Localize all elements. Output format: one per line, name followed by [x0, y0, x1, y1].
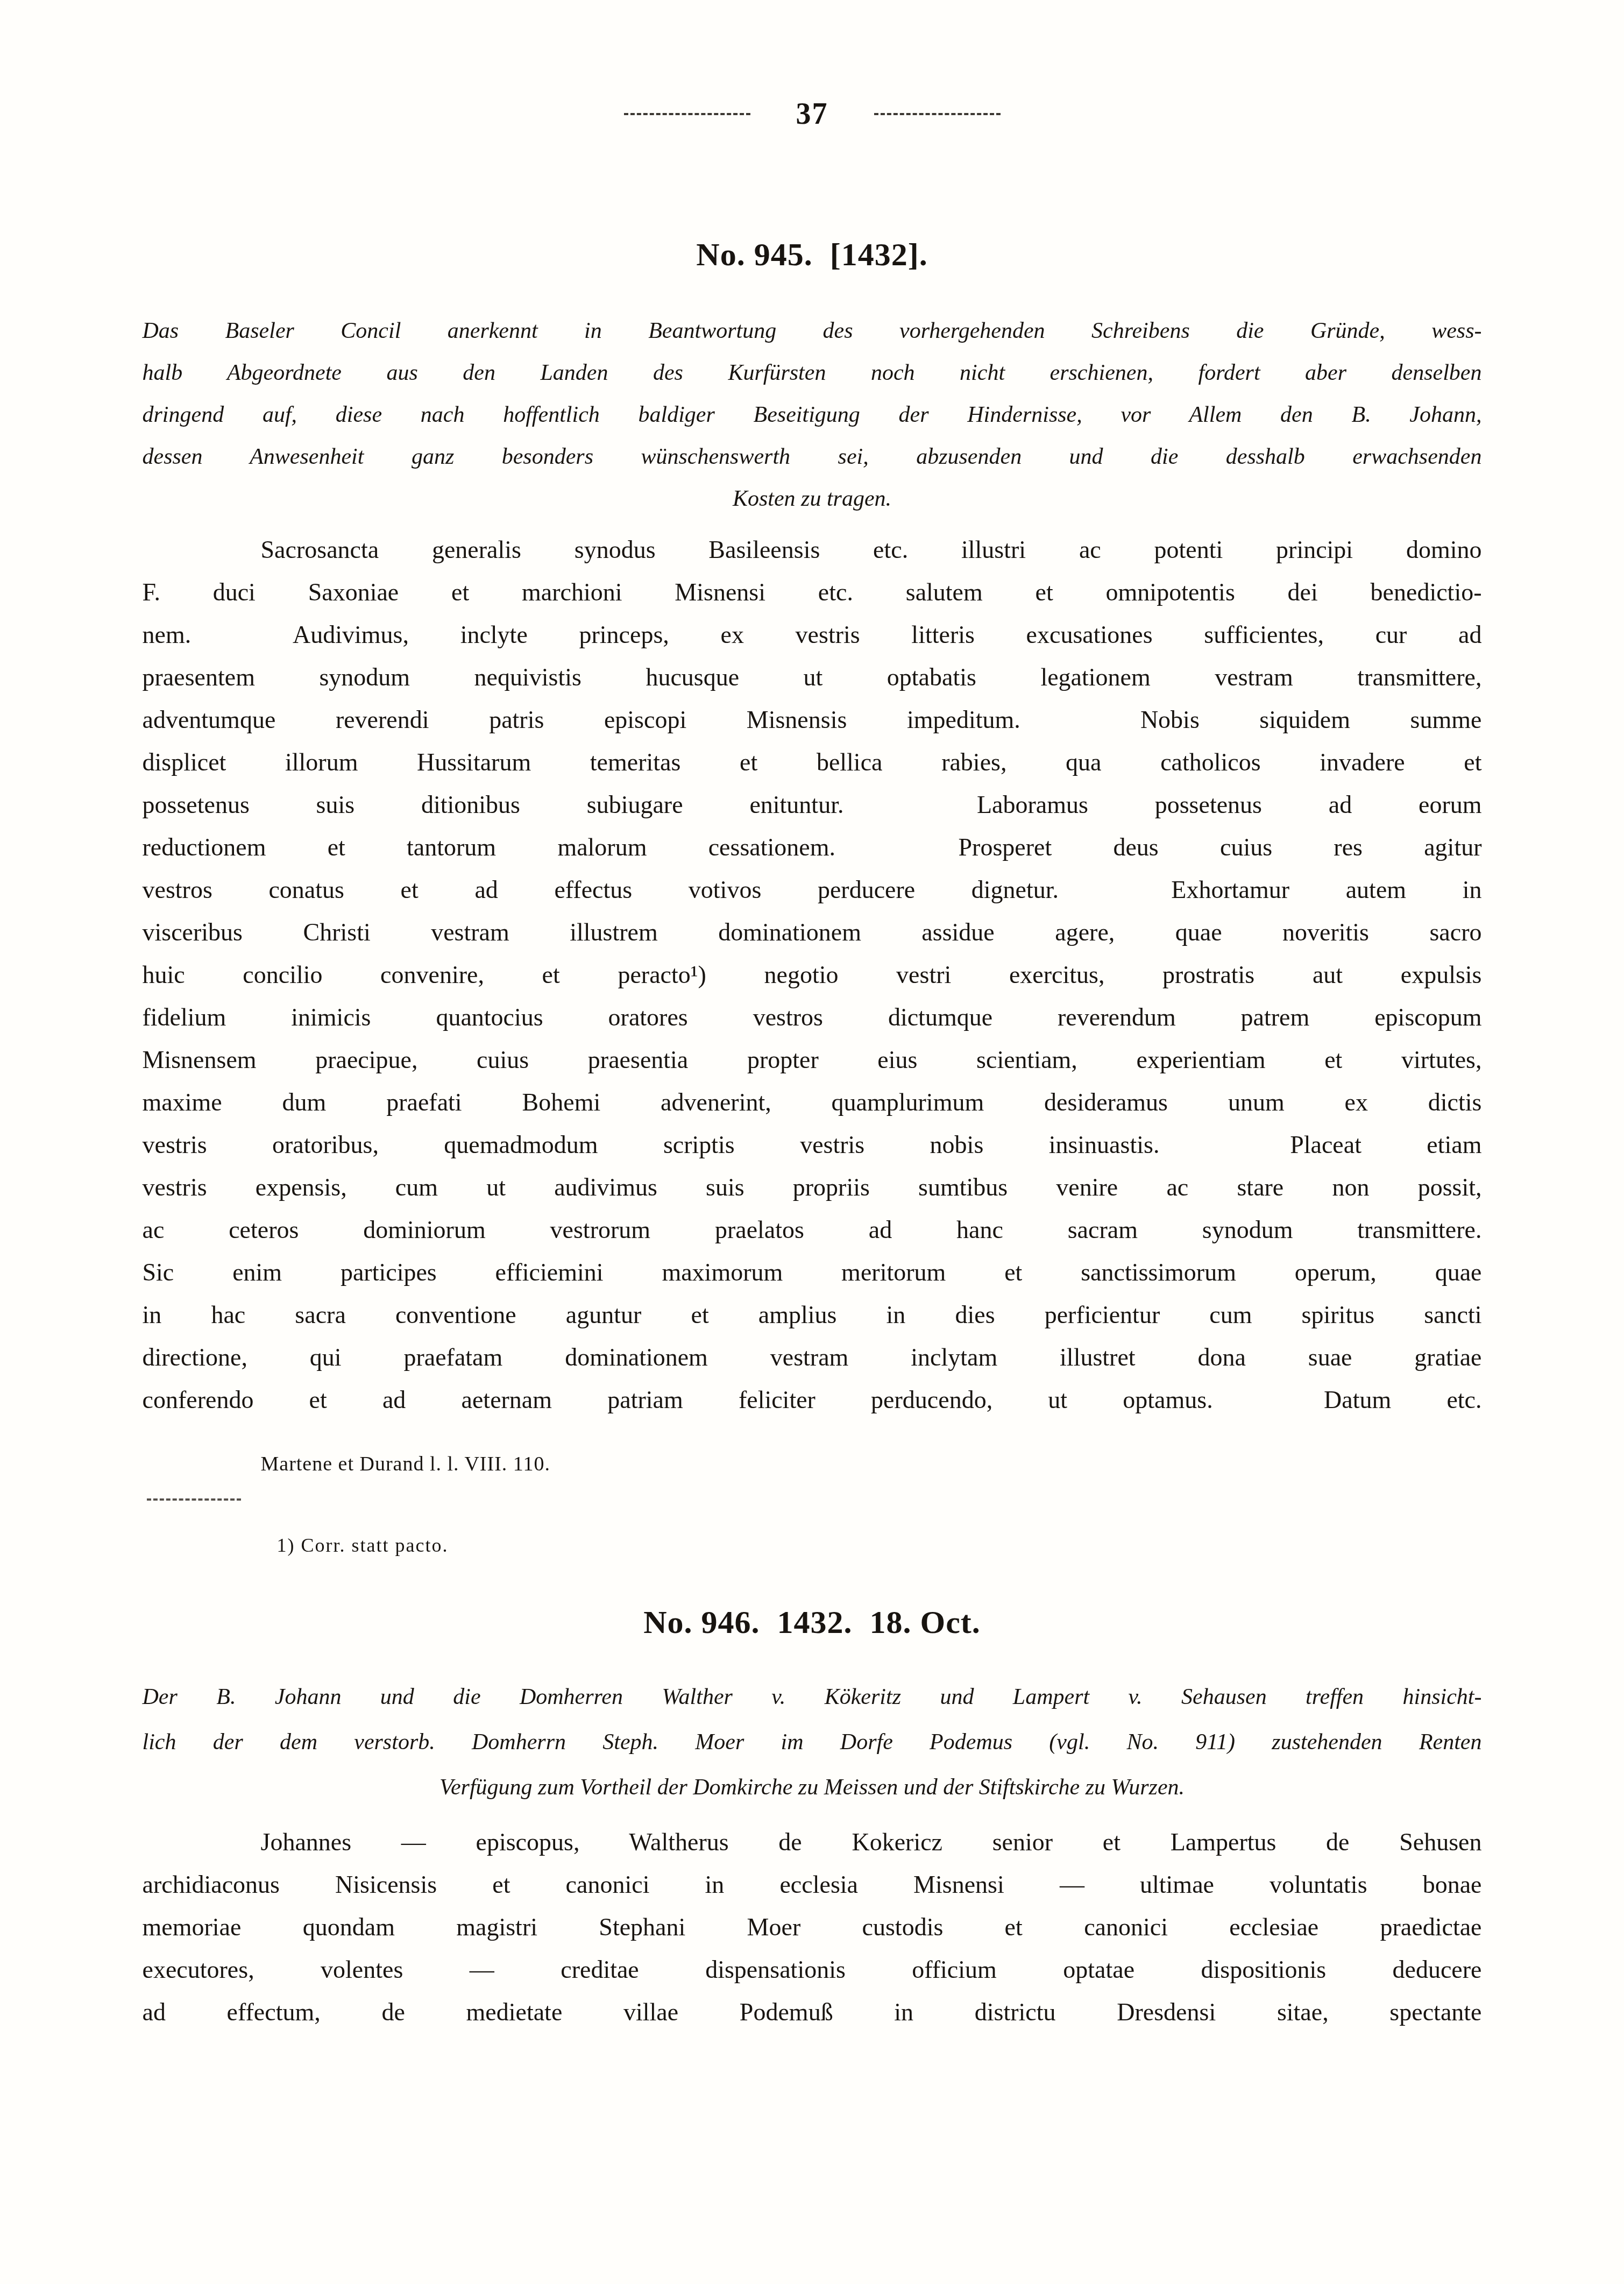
- text-line: maxime dum praefati Bohemi advenerint, q…: [143, 1081, 1482, 1123]
- document-945-citation: Martene et Durand l. l. VIII. 110.: [143, 1452, 1482, 1476]
- text-line: vestros conatus et ad effectus votivos p…: [143, 868, 1482, 911]
- text-line: ac ceteros dominiorum vestrorum praelato…: [143, 1208, 1482, 1251]
- text-line: executores, volentes — creditae dispensa…: [143, 1948, 1482, 1991]
- text-line: visceribus Christi vestram illustrem dom…: [143, 911, 1482, 953]
- text-line: conferendo et ad aeternam patriam felici…: [143, 1378, 1482, 1421]
- document-946-heading: No. 946. 1432. 18. Oct.: [143, 1604, 1482, 1641]
- text-line: dringend auf, diese nach hoffentlich bal…: [143, 394, 1482, 436]
- document-945-heading: No. 945. [1432].: [143, 236, 1482, 273]
- text-line: Misnensem praecipue, cuius praesentia pr…: [143, 1038, 1482, 1081]
- text-line: Kosten zu tragen.: [143, 478, 1482, 520]
- text-line: praesentem synodum nequivistis hucusque …: [143, 656, 1482, 698]
- text-line: vestris oratoribus, quemadmodum scriptis…: [143, 1123, 1482, 1166]
- footnote-separator-rule: [147, 1498, 241, 1501]
- text-line: directione, qui praefatam dominationem v…: [143, 1336, 1482, 1378]
- text-line: Sacrosancta generalis synodus Basileensi…: [143, 528, 1482, 571]
- document-945-regest: Das Baseler Concil anerkennt in Beantwor…: [143, 310, 1482, 520]
- text-line: archidiaconus Nisicensis et canonici in …: [143, 1863, 1482, 1906]
- text-line: Verfügung zum Vortheil der Domkirche zu …: [143, 1765, 1482, 1810]
- scanned-book-page: 37 No. 945. [1432]. Das Baseler Concil a…: [0, 0, 1624, 2284]
- document-945-body: Sacrosancta generalis synodus Basileensi…: [143, 528, 1482, 1421]
- text-line: lich der dem verstorb. Domherrn Steph. M…: [143, 1720, 1482, 1765]
- header-rule-right: [874, 113, 1001, 115]
- document-946: No. 946. 1432. 18. Oct. Der B. Johann un…: [143, 1604, 1482, 2033]
- text-line: huic concilio convenire, et peracto¹) ne…: [143, 953, 1482, 996]
- text-line: Das Baseler Concil anerkennt in Beantwor…: [143, 310, 1482, 352]
- text-line: fidelium inimicis quantocius oratores ve…: [143, 996, 1482, 1038]
- text-line: F. duci Saxoniae et marchioni Misnensi e…: [143, 571, 1482, 613]
- document-945-footnote: 1) Corr. statt pacto.: [143, 1534, 1482, 1557]
- text-line: Johannes — episcopus, Waltherus de Koker…: [143, 1821, 1482, 1863]
- text-block: No. 945. [1432]. Das Baseler Concil aner…: [143, 236, 1482, 2033]
- text-line: possetenus suis ditionibus subiugare eni…: [143, 783, 1482, 826]
- text-line: nem. Audivimus, inclyte princeps, ex ves…: [143, 613, 1482, 656]
- document-945: No. 945. [1432]. Das Baseler Concil aner…: [143, 236, 1482, 1557]
- text-line: ad effectum, de medietate villae Podemuß…: [143, 1991, 1482, 2033]
- document-946-body: Johannes — episcopus, Waltherus de Koker…: [143, 1821, 1482, 2033]
- text-line: Der B. Johann und die Domherren Walther …: [143, 1674, 1482, 1720]
- page-number: 37: [796, 97, 828, 131]
- text-line: halb Abgeordnete aus den Landen des Kurf…: [143, 352, 1482, 394]
- text-line: in hac sacra conventione aguntur et ampl…: [143, 1293, 1482, 1336]
- text-line: displicet illorum Hussitarum temeritas e…: [143, 741, 1482, 783]
- text-line: adventumque reverendi patris episcopi Mi…: [143, 698, 1482, 741]
- text-line: vestris expensis, cum ut audivimus suis …: [143, 1166, 1482, 1208]
- page-header: 37: [0, 0, 1624, 131]
- text-line: dessen Anwesenheit ganz besonders wünsch…: [143, 436, 1482, 478]
- text-line: reductionem et tantorum malorum cessatio…: [143, 826, 1482, 868]
- document-946-regest: Der B. Johann und die Domherren Walther …: [143, 1674, 1482, 1810]
- text-line: Sic enim participes efficiemini maximoru…: [143, 1251, 1482, 1293]
- text-line: memoriae quondam magistri Stephani Moer …: [143, 1906, 1482, 1948]
- header-rule-left: [624, 113, 750, 115]
